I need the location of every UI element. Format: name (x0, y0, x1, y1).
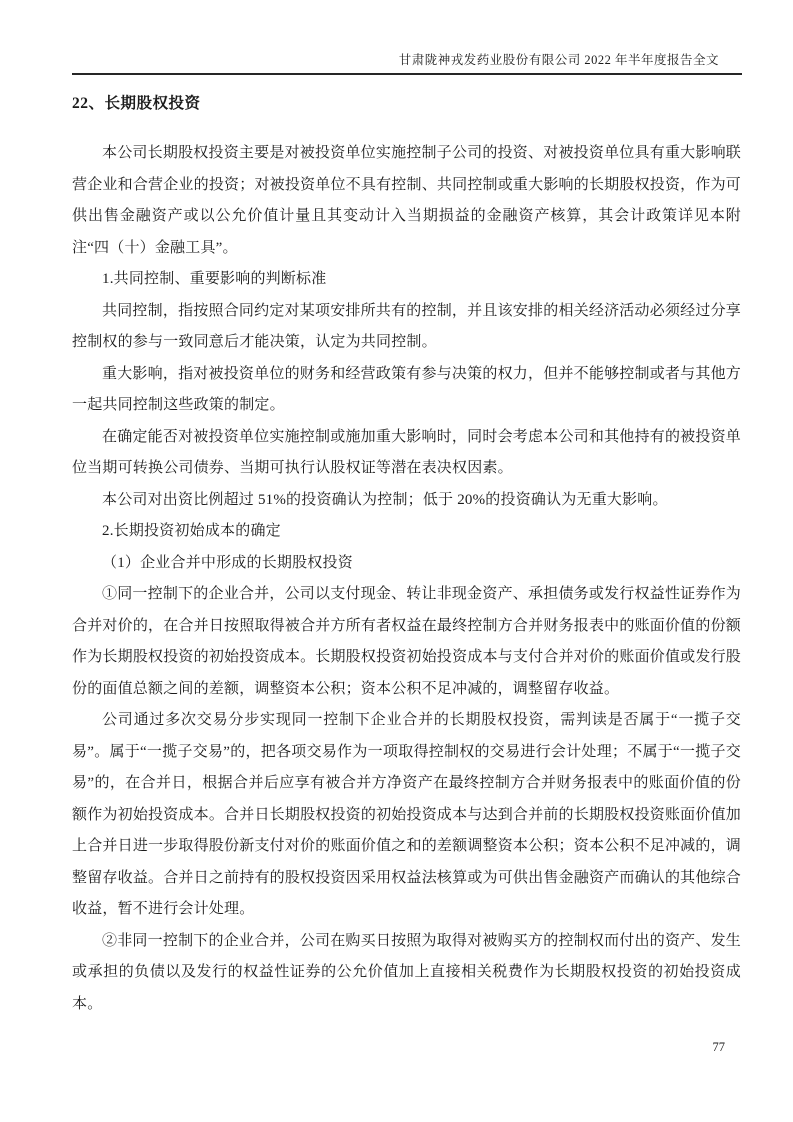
page-header-text: 甘肃陇神戎发药业股份有限公司 2022 年半年度报告全文 (72, 50, 719, 68)
paragraph-heading: （1）企业合并中形成的长期股权投资 (72, 548, 741, 580)
paragraph: 公司通过多次交易分步实现同一控制下企业合并的长期股权投资，需判读是否属于“一揽子… (72, 705, 741, 926)
paragraph: ①同一控制下的企业合并，公司以支付现金、转让非现金资产、承担债务或发行权益性证券… (72, 579, 741, 705)
report-page: 甘肃陇神戎发药业股份有限公司 2022 年半年度报告全文 22、长期股权投资 本… (0, 0, 793, 1122)
paragraph: 共同控制，指按照合同约定对某项安排所共有的控制，并且该安排的相关经济活动必须经过… (72, 296, 741, 359)
paragraph-heading: 1.共同控制、重要影响的判断标准 (72, 264, 741, 296)
section-title: 22、长期股权投资 (72, 91, 741, 113)
header-divider (72, 73, 742, 75)
document-body: 本公司长期股权投资主要是对被投资单位实施控制子公司的投资、对被投资单位具有重大影… (72, 138, 741, 1020)
paragraph-heading: 2.长期投资初始成本的确定 (72, 516, 741, 548)
page-number: 77 (72, 1040, 725, 1055)
paragraph: 重大影响，指对被投资单位的财务和经营政策有参与决策的权力，但并不能够控制或者与其… (72, 359, 741, 422)
paragraph: 本公司对出资比例超过 51%的投资确认为控制；低于 20%的投资确认为无重大影响… (72, 485, 741, 517)
paragraph: 本公司长期股权投资主要是对被投资单位实施控制子公司的投资、对被投资单位具有重大影… (72, 138, 741, 264)
paragraph: ②非同一控制下的企业合并，公司在购买日按照为取得对被购买方的控制权而付出的资产、… (72, 926, 741, 1021)
paragraph: 在确定能否对被投资单位实施控制或施加重大影响时，同时会考虑本公司和其他持有的被投… (72, 422, 741, 485)
